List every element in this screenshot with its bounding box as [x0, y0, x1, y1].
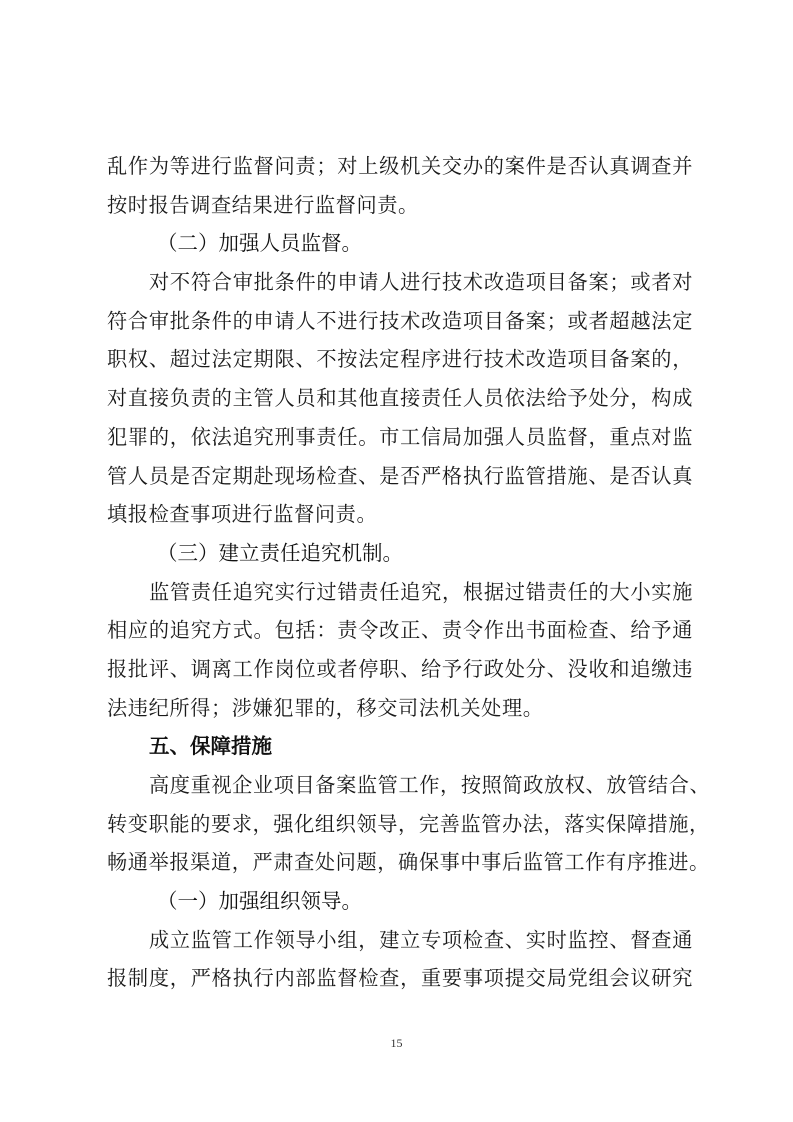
- body-text-line: 高度重视企业项目备案监管工作，按照简政放权、放管结合、: [107, 766, 693, 805]
- section-subheading: （一）加强组织领导。: [107, 882, 693, 921]
- body-text-line: 符合审批条件的申请人不进行技术改造项目备案；或者超越法定: [107, 302, 693, 341]
- body-text-line: 乱作为等进行监督问责；对上级机关交办的案件是否认真调查并: [107, 147, 693, 186]
- body-text-line: 对直接负责的主管人员和其他直接责任人员依法给予处分，构成: [107, 379, 693, 418]
- body-text-line: 职权、超过法定期限、不按法定程序进行技术改造项目备案的，: [107, 340, 693, 379]
- body-text-line: 报批评、调离工作岗位或者停职、给予行政处分、没收和追缴违: [107, 650, 693, 689]
- body-text-line: 监管责任追究实行过错责任追究，根据过错责任的大小实施: [107, 573, 693, 612]
- body-text-line: 对不符合审批条件的申请人进行技术改造项目备案；或者对: [107, 263, 693, 302]
- body-text-line: 相应的追究方式。包括：责令改正、责令作出书面检查、给予通: [107, 611, 693, 650]
- document-page-body: 乱作为等进行监督问责；对上级机关交办的案件是否认真调查并 按时报告调查结果进行监…: [107, 147, 693, 998]
- section-subheading: （二）加强人员监督。: [107, 224, 693, 263]
- body-text-line: 转变职能的要求，强化组织领导，完善监管办法，落实保障措施，: [107, 805, 693, 844]
- body-text-line: 畅通举报渠道，严肃查处问题，确保事中事后监管工作有序推进。: [107, 843, 693, 882]
- body-text-line: 填报检查事项进行监督问责。: [107, 495, 693, 534]
- body-text-line: 按时报告调查结果进行监督问责。: [107, 186, 693, 225]
- body-text-line: 法违纪所得；涉嫌犯罪的，移交司法机关处理。: [107, 689, 693, 728]
- body-text-line: 管人员是否定期赴现场检查、是否严格执行监管措施、是否认真: [107, 457, 693, 496]
- page-number: 15: [0, 1036, 793, 1051]
- section-subheading: （三）建立责任追究机制。: [107, 534, 693, 573]
- body-text-line: 成立监管工作领导小组，建立专项检查、实时监控、督查通: [107, 921, 693, 960]
- body-text-line: 犯罪的，依法追究刑事责任。市工信局加强人员监督，重点对监: [107, 418, 693, 457]
- body-text-line: 报制度，严格执行内部监督检查，重要事项提交局党组会议研究: [107, 959, 693, 998]
- section-heading: 五、保障措施: [107, 727, 693, 766]
